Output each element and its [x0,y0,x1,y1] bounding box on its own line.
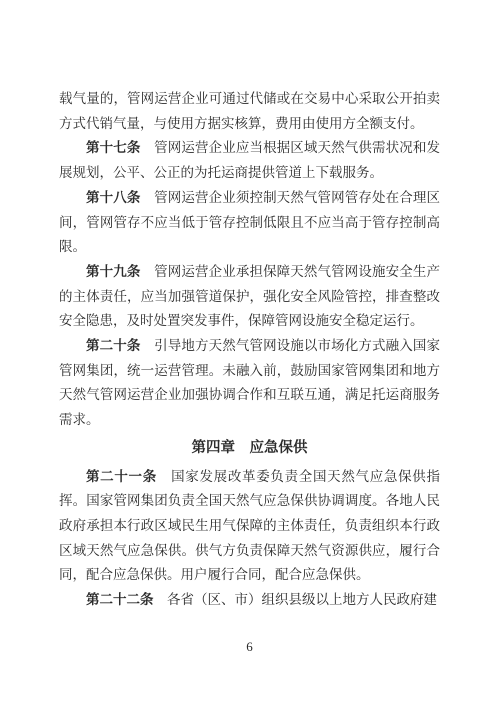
article-term: 第二十一条 [86,469,157,484]
article-text: 国家发展改革委负责全国天然气应急保供指挥。国家管网集团负责全国天然气应急保供协调… [59,469,440,583]
paragraph-article-18: 第十八条 管网运营企业须控制天然气管网管存处在合理区间，管网管存不应当低于管存控… [59,186,440,260]
article-term: 第十八条 [86,190,140,205]
paragraph-article-21: 第二十一条 国家发展改革委负责全国天然气应急保供指挥。国家管网集团负责全国天然气… [59,465,440,589]
paragraph-article-22: 第二十二条 各省（区、市）组织县级以上地方人民政府建 [59,588,440,613]
article-text: 各省（区、市）组织县级以上地方人民政府建 [154,592,438,607]
paragraph-article-19: 第十九条 管网运营企业承担保障天然气管网设施安全生产的主体责任，应当加强管道保护… [59,260,440,334]
paragraph-continuation: 载气量的，管网运营企业可通过代储或在交易中心采取公开拍卖方式代销气量，与使用方据… [59,87,440,136]
page-number: 6 [59,635,440,660]
article-term: 第十七条 [86,140,140,155]
chapter-heading: 第四章 应急保供 [59,436,440,461]
paragraph-text: 载气量的，管网运营企业可通过代储或在交易中心采取公开拍卖方式代销气量，与使用方据… [59,91,440,131]
article-term: 第十九条 [86,264,140,279]
article-term: 第二十二条 [86,592,154,607]
paragraph-article-20: 第二十条 引导地方天然气管网设施以市场化方式融入国家管网集团，统一运营管理。未融… [59,334,440,433]
paragraph-article-17: 第十七条 管网运营企业应当根据区域天然气供需状况和发展规划，公平、公正的为托运商… [59,136,440,185]
document-page: 载气量的，管网运营企业可通过代储或在交易中心采取公开拍卖方式代销气量，与使用方据… [0,0,499,659]
article-term: 第二十条 [86,338,140,353]
